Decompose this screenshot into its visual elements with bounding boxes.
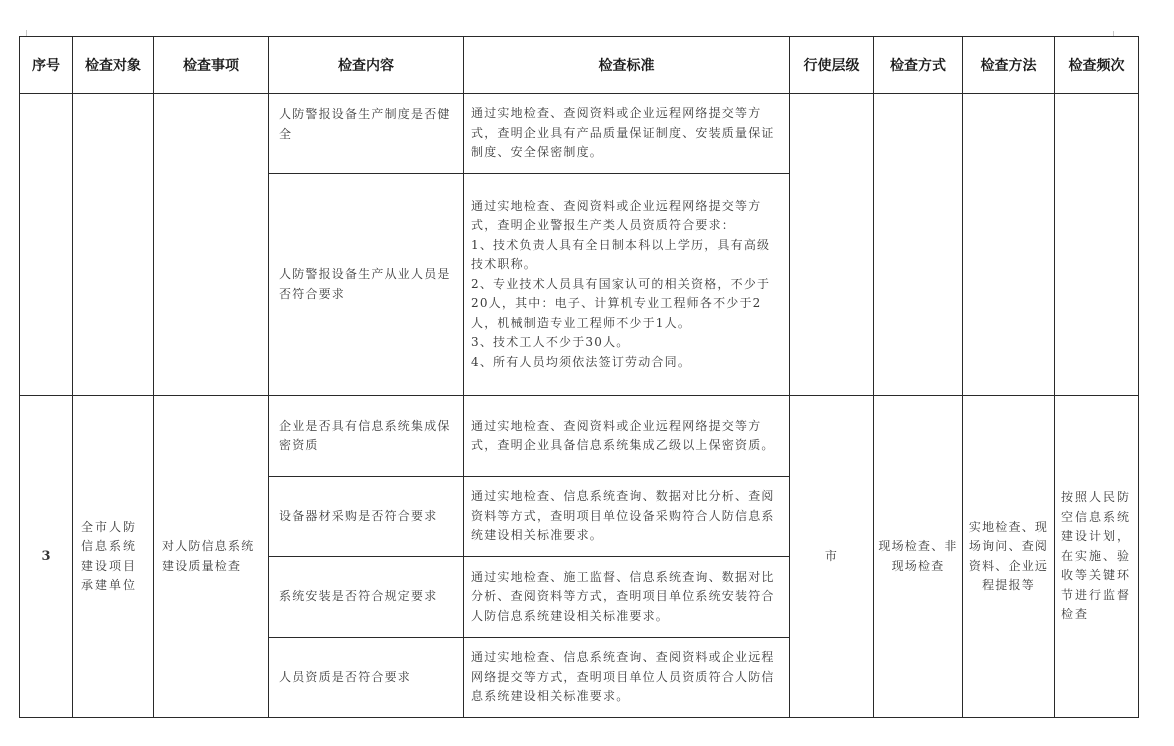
header-row: 序号 检查对象 检查事项 检查内容 检查标准 行使层级 检查方式 检查方法 检查…: [20, 37, 1139, 94]
content-text: 设备器材采购是否符合要求: [269, 507, 463, 527]
content-cell: 设备器材采购是否符合要求: [269, 477, 464, 557]
standard-text: 通过实地检查、查阅资料或企业远程网络提交等方式，查明企业警报生产类人员资质符合要…: [464, 197, 789, 373]
standard-cell: 通过实地检查、施工监督、信息系统查询、数据对比分析、查阅资料等方式，查明项目单位…: [464, 557, 790, 638]
table-row: 人防警报设备生产制度是否健全 通过实地检查、查阅资料或企业远程网络提交等方式，查…: [20, 94, 1139, 174]
standard-cell: 通过实地检查、信息系统查询、查阅资料或企业远程网络提交等方式，查明项目单位人员资…: [464, 638, 790, 718]
content-cell: 企业是否具有信息系统集成保密资质: [269, 396, 464, 477]
content-text: 人员资质是否符合要求: [269, 668, 463, 688]
standard-cell: 通过实地检查、查阅资料或企业远程网络提交等方式，查明企业警报生产类人员资质符合要…: [464, 174, 790, 396]
standard-text: 通过实地检查、信息系统查询、数据对比分析、查阅资料等方式，查明项目单位设备采购符…: [464, 487, 789, 546]
standard-cell: 通过实地检查、查阅资料或企业远程网络提交等方式，查明企业具有产品质量保证制度、安…: [464, 94, 790, 174]
method-cell: 实地检查、现场询问、查阅资料、企业远程提报等: [963, 396, 1055, 718]
frequency-cell: [1055, 94, 1139, 396]
standard-cell: 通过实地检查、信息系统查询、数据对比分析、查阅资料等方式，查明项目单位设备采购符…: [464, 477, 790, 557]
content-cell: 人防警报设备生产制度是否健全: [269, 94, 464, 174]
document-page: 序号 检查对象 检查事项 检查内容 检查标准 行使层级 检查方式 检查方法 检查…: [0, 0, 1174, 746]
content-text: 系统安装是否符合规定要求: [269, 587, 463, 607]
content-cell: 人员资质是否符合要求: [269, 638, 464, 718]
table-row: 3 全市人防信息系统建设项目承建单位 对人防信息系统建设质量检查 企业是否具有信…: [20, 396, 1139, 477]
standard-text: 通过实地检查、信息系统查询、查阅资料或企业远程网络提交等方式，查明项目单位人员资…: [464, 648, 789, 707]
header-item: 检查事项: [154, 37, 269, 94]
header-content: 检查内容: [269, 37, 464, 94]
header-method: 检查方法: [963, 37, 1055, 94]
item-cell: 对人防信息系统建设质量检查: [154, 396, 269, 718]
header-mode: 检查方式: [874, 37, 963, 94]
level-cell: [790, 94, 874, 396]
content-text: 人防警报设备生产从业人员是否符合要求: [269, 265, 463, 304]
object-cell: [73, 94, 154, 396]
header-object: 检查对象: [73, 37, 154, 94]
header-standard: 检查标准: [464, 37, 790, 94]
standard-text: 通过实地检查、施工监督、信息系统查询、数据对比分析、查阅资料等方式，查明项目单位…: [464, 568, 789, 627]
header-level: 行使层级: [790, 37, 874, 94]
header-frequency: 检查频次: [1055, 37, 1139, 94]
mode-cell: 现场检查、非现场检查: [874, 396, 963, 718]
standard-text: 通过实地检查、查阅资料或企业远程网络提交等方式，查明企业具有产品质量保证制度、安…: [464, 104, 789, 163]
content-text: 人防警报设备生产制度是否健全: [269, 94, 463, 144]
inspection-table: 序号 检查对象 检查事项 检查内容 检查标准 行使层级 检查方式 检查方法 检查…: [19, 36, 1139, 718]
mode-cell: [874, 94, 963, 396]
content-cell: 系统安装是否符合规定要求: [269, 557, 464, 638]
method-cell: [963, 94, 1055, 396]
standard-text: 通过实地检查、查阅资料或企业远程网络提交等方式，查明企业具备信息系统集成乙级以上…: [464, 417, 789, 456]
seq-cell: 3: [20, 396, 73, 718]
item-cell: [154, 94, 269, 396]
content-cell: 人防警报设备生产从业人员是否符合要求: [269, 174, 464, 396]
content-text: 企业是否具有信息系统集成保密资质: [269, 417, 463, 456]
header-seq: 序号: [20, 37, 73, 94]
object-cell: 全市人防信息系统建设项目承建单位: [73, 396, 154, 718]
seq-cell: [20, 94, 73, 396]
frequency-cell: 按照人民防空信息系统建设计划，在实施、验收等关键环节进行监督检查: [1055, 396, 1139, 718]
level-cell: 市: [790, 396, 874, 718]
standard-cell: 通过实地检查、查阅资料或企业远程网络提交等方式，查明企业具备信息系统集成乙级以上…: [464, 396, 790, 477]
